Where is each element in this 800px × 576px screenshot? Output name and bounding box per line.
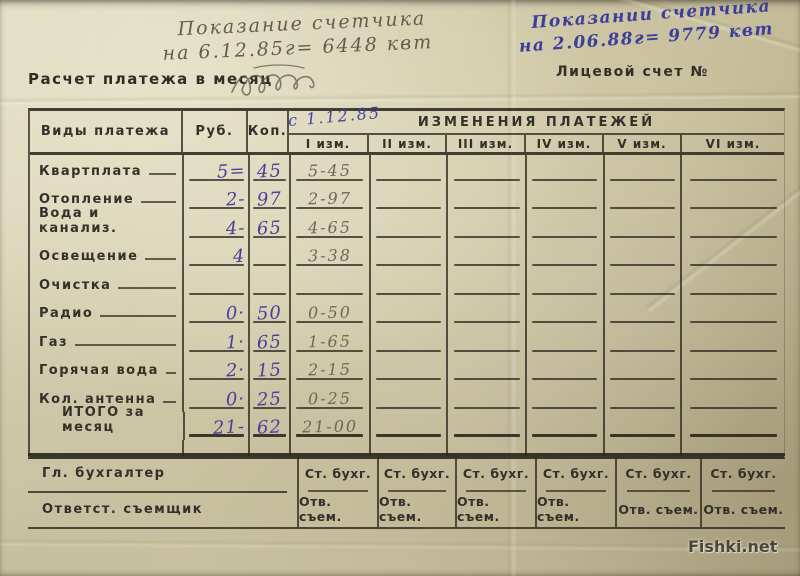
col-header-izm-2: II изм. bbox=[369, 135, 447, 152]
scanned-payment-form: Показание счетчика на 6.12.85г= 6448 квт… bbox=[0, 0, 800, 576]
row-label: Очистка bbox=[39, 278, 111, 293]
signature-column: Ст. бухг. Отв. съем. bbox=[615, 456, 700, 527]
table-row: Очистка bbox=[30, 269, 784, 298]
row-label: Газ bbox=[39, 335, 68, 350]
rub-value: 5= bbox=[216, 160, 246, 184]
table-row: Газ 1· 65 1-65 bbox=[30, 326, 784, 355]
col-header-izm-3: III изм. bbox=[447, 135, 526, 152]
payment-table: с 1.12.85 Виды платежа Руб. Коп. ИЗМЕНЕН… bbox=[28, 108, 785, 459]
paper-crease bbox=[0, 538, 800, 553]
table-total-row: ИТОГО за месяц 21- 62 21-00 bbox=[30, 412, 784, 441]
col-header-izm-5: V изм. bbox=[604, 135, 682, 152]
col-header-rubles: Руб. bbox=[183, 111, 248, 152]
signature-labels: Гл. бухгалтер Ответст. съемщик bbox=[28, 456, 297, 527]
meter-note-pencil: Показание счетчика на 6.12.85г= 6448 квт bbox=[161, 6, 434, 66]
accountant-label: Гл. бухгалтер bbox=[28, 456, 297, 492]
signature-block: Гл. бухгалтер Ответст. съемщик Ст. бухг.… bbox=[28, 453, 785, 529]
table-row: Освещение 4 3-38 bbox=[30, 241, 784, 270]
paper-background: Показание счетчика на 6.12.85г= 6448 квт… bbox=[0, 0, 800, 576]
row-label: Квартплата bbox=[39, 164, 142, 179]
handwritten-signature bbox=[226, 62, 346, 104]
account-number-label: Лицевой счет № bbox=[556, 64, 709, 80]
meter-note-ink: Показании счетчика на 2.06.88г= 9779 квт bbox=[517, 0, 775, 59]
changes-subheaders: I изм. II изм. III изм. IV изм. V изм. V… bbox=[289, 135, 784, 152]
row-label: Радио bbox=[39, 306, 93, 321]
col-header-kopeks: Коп. bbox=[248, 111, 289, 152]
row-label: Вода и канализ. bbox=[39, 206, 169, 236]
row-label: Освещение bbox=[39, 249, 138, 264]
paper-crease bbox=[0, 91, 800, 107]
table-header: Виды платежа Руб. Коп. ИЗМЕНЕНИЯ ПЛАТЕЖЕ… bbox=[30, 111, 784, 155]
row-label: Горячая вода bbox=[39, 363, 159, 378]
tenant-label: Ответст. съемщик bbox=[28, 492, 297, 528]
total-label: ИТОГО за месяц bbox=[62, 405, 170, 435]
table-row: Горячая вода 2· 15 2-15 bbox=[30, 355, 784, 384]
total-rub-value: 21- bbox=[213, 416, 246, 441]
col-header-izm-1: I изм. bbox=[289, 135, 369, 152]
site-watermark: Fishki.net bbox=[688, 537, 777, 556]
signature-line bbox=[28, 491, 287, 493]
col-header-payment-types: Виды платежа bbox=[30, 111, 183, 152]
signature-column: Ст. бухг. Отв. съем. bbox=[700, 456, 785, 527]
table-row: Квартплата 5= 45 5-45 bbox=[30, 155, 784, 184]
signature-column: Ст. бухг. Отв. съем. bbox=[377, 456, 455, 527]
table-row: Радио 0· 50 0-50 bbox=[30, 298, 784, 327]
signature-column: Ст. бухг. Отв. съем. bbox=[297, 456, 377, 527]
col-header-izm-6: VI изм. bbox=[682, 135, 784, 152]
signature-column: Ст. бухг. Отв. съем. bbox=[535, 456, 615, 527]
col-header-izm-4: IV изм. bbox=[526, 135, 604, 152]
signature-column: Ст. бухг. Отв. съем. bbox=[455, 456, 535, 527]
table-row: Вода и канализ. 4- 65 4-65 bbox=[30, 212, 784, 241]
